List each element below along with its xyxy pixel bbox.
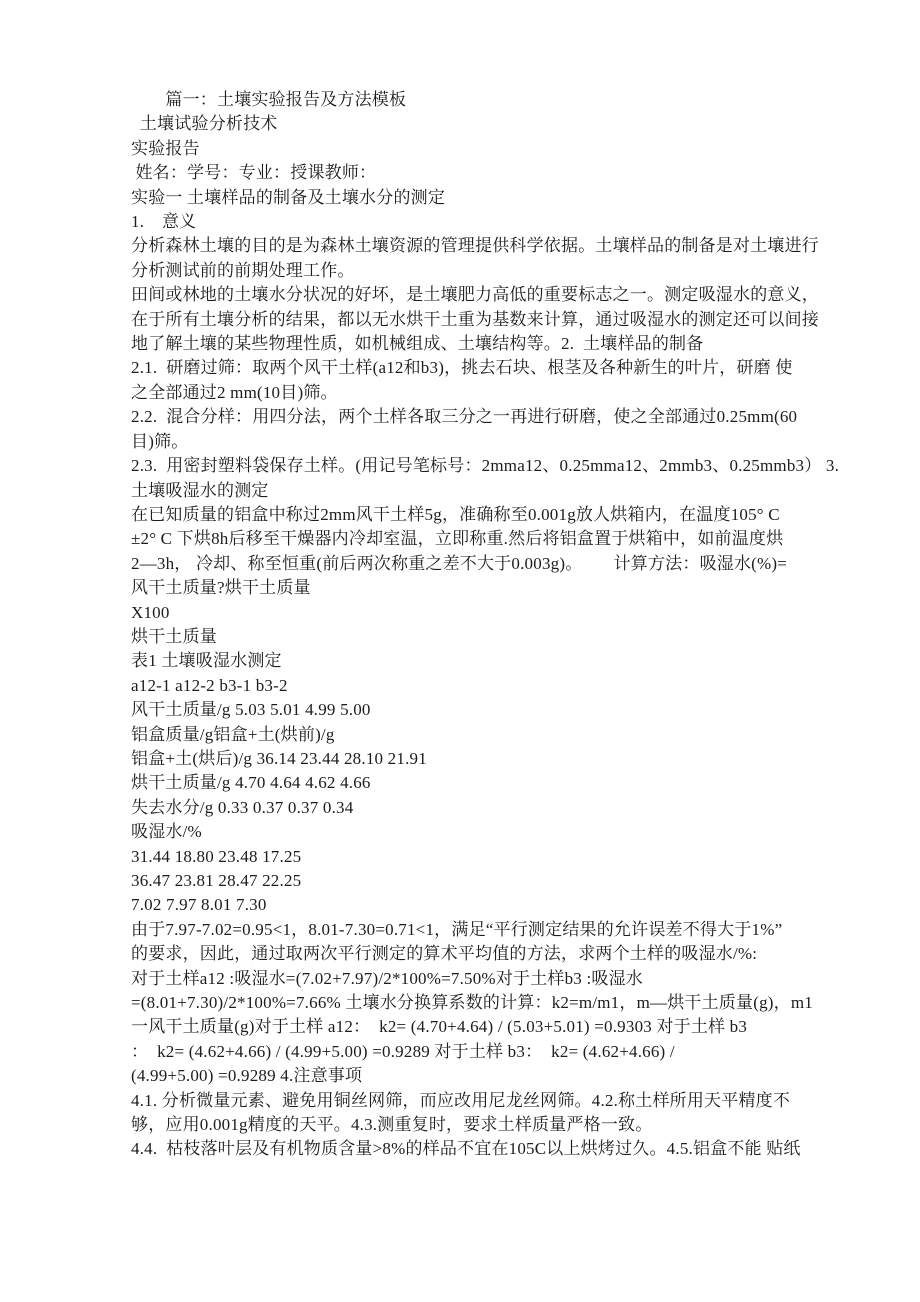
text-line: 田间或林地的土壤水分状况的好坏，是土壤肥力高低的重要标志之一。测定吸湿水的意义，	[131, 283, 836, 307]
text-line: 姓名：学号：专业：授课教师：	[131, 161, 836, 185]
text-line: 够，应用0.001g精度的天平。4.3.测重复时，要求土样质量严格一致。	[131, 1113, 836, 1137]
text-line: 2—3h， 冷却、称至恒重(前后两次称重之差不大于0.003g)。 计算方法：吸…	[131, 552, 836, 576]
text-line: (4.99+5.00) =0.9289 4.注意事项	[131, 1064, 836, 1088]
text-line: 4.4. 枯枝落叶层及有机物质含量>8%的样品不宜在105C以上烘烤过久。4.5…	[131, 1137, 836, 1161]
text-line: 实验报告	[131, 137, 836, 161]
text-line: 烘干土质量	[131, 625, 836, 649]
text-line: 2.3. 用密封塑料袋保存土样。(用记号笔标号：2mma12、0.25mma12…	[131, 454, 836, 478]
text-line: 失去水分/g 0.33 0.37 0.37 0.34	[131, 796, 836, 820]
text-line: =(8.01+7.30)/2*100%=7.66% 土壤水分换算系数的计算：k2…	[131, 991, 836, 1015]
text-line: ±2° C 下烘8h后移至干燥器内冷却室温，立即称重.然后将铝盒置于烘箱中，如前…	[131, 527, 836, 551]
text-line: 在已知质量的铝盒中称过2mm风干土样5g，准确称至0.001g放人烘箱内，在温度…	[131, 503, 836, 527]
text-line: 由于7.97-7.02=0.95<1，8.01-7.30=0.71<1，满足“平…	[131, 918, 836, 942]
text-line: 目)筛。	[131, 430, 836, 454]
text-line: ： k2= (4.62+4.66) / (4.99+5.00) =0.9289 …	[131, 1040, 836, 1064]
text-line: 的要求，因此，通过取两次平行测定的算术平均值的方法，求两个土样的吸湿水/%:	[131, 942, 836, 966]
text-line: 2.2. 混合分样：用四分法，两个土样各取三分之一再进行研磨，使之全部通过0.2…	[131, 405, 836, 429]
text-line: 吸湿水/%	[131, 820, 836, 844]
text-line: 风干土质量?烘干土质量	[131, 576, 836, 600]
text-line: 4.1. 分析微量元素、避免用铜丝网筛，而应改用尼龙丝网筛。4.2.称土样所用天…	[131, 1089, 836, 1113]
text-line: a12-1 a12-2 b3-1 b3-2	[131, 674, 836, 698]
document-page: { "page": { "background_color": "#ffffff…	[0, 0, 920, 1302]
text-line: 1. 意义	[131, 210, 836, 234]
text-line: 实验一 土壤样品的制备及土壤水分的测定	[131, 186, 836, 210]
text-line: 31.44 18.80 23.48 17.25	[131, 845, 836, 869]
text-line: 表1 土壤吸湿水测定	[131, 649, 836, 673]
text-line: 对于土样a12 :吸湿水=(7.02+7.97)/2*100%=7.50%对于土…	[131, 967, 836, 991]
text-line: 地了解土壤的某些物理性质，如机械组成、土壤结构等。2. 土壤样品的制备	[131, 332, 836, 356]
text-line: 分析测试前的前期处理工作。	[131, 259, 836, 283]
text-line: 篇一：土壤实验报告及方法模板	[131, 88, 836, 112]
text-line: 在于所有土壤分析的结果，都以无水烘干土重为基数来计算，通过吸湿水的测定还可以间接	[131, 308, 836, 332]
text-line: X100	[131, 601, 836, 625]
text-line: 土壤吸湿水的测定	[131, 479, 836, 503]
text-line: 7.02 7.97 8.01 7.30	[131, 893, 836, 917]
text-line: 铝盒质量/g铝盒+土(烘前)/g	[131, 723, 836, 747]
text-line: 烘干土质量/g 4.70 4.64 4.62 4.66	[131, 771, 836, 795]
text-line: 风干土质量/g 5.03 5.01 4.99 5.00	[131, 698, 836, 722]
text-line: 36.47 23.81 28.47 22.25	[131, 869, 836, 893]
text-line: 分析森林土壤的目的是为森林土壤资源的管理提供科学依据。土壤样品的制备是对土壤进行	[131, 234, 836, 258]
text-line: 一风干土质量(g)对于土样 a12： k2= (4.70+4.64) / (5.…	[131, 1015, 836, 1039]
text-line: 铝盒+土(烘后)/g 36.14 23.44 28.10 21.91	[131, 747, 836, 771]
document-text-body: 篇一：土壤实验报告及方法模板 土壤试验分析技术实验报告 姓名：学号：专业：授课教…	[131, 88, 836, 1162]
text-line: 2.1. 研磨过筛：取两个风干土样(a12和b3)，挑去石块、根茎及各种新生的叶…	[131, 356, 836, 380]
text-line: 之全部通过2 mm(10目)筛。	[131, 381, 836, 405]
text-line: 土壤试验分析技术	[131, 112, 836, 136]
